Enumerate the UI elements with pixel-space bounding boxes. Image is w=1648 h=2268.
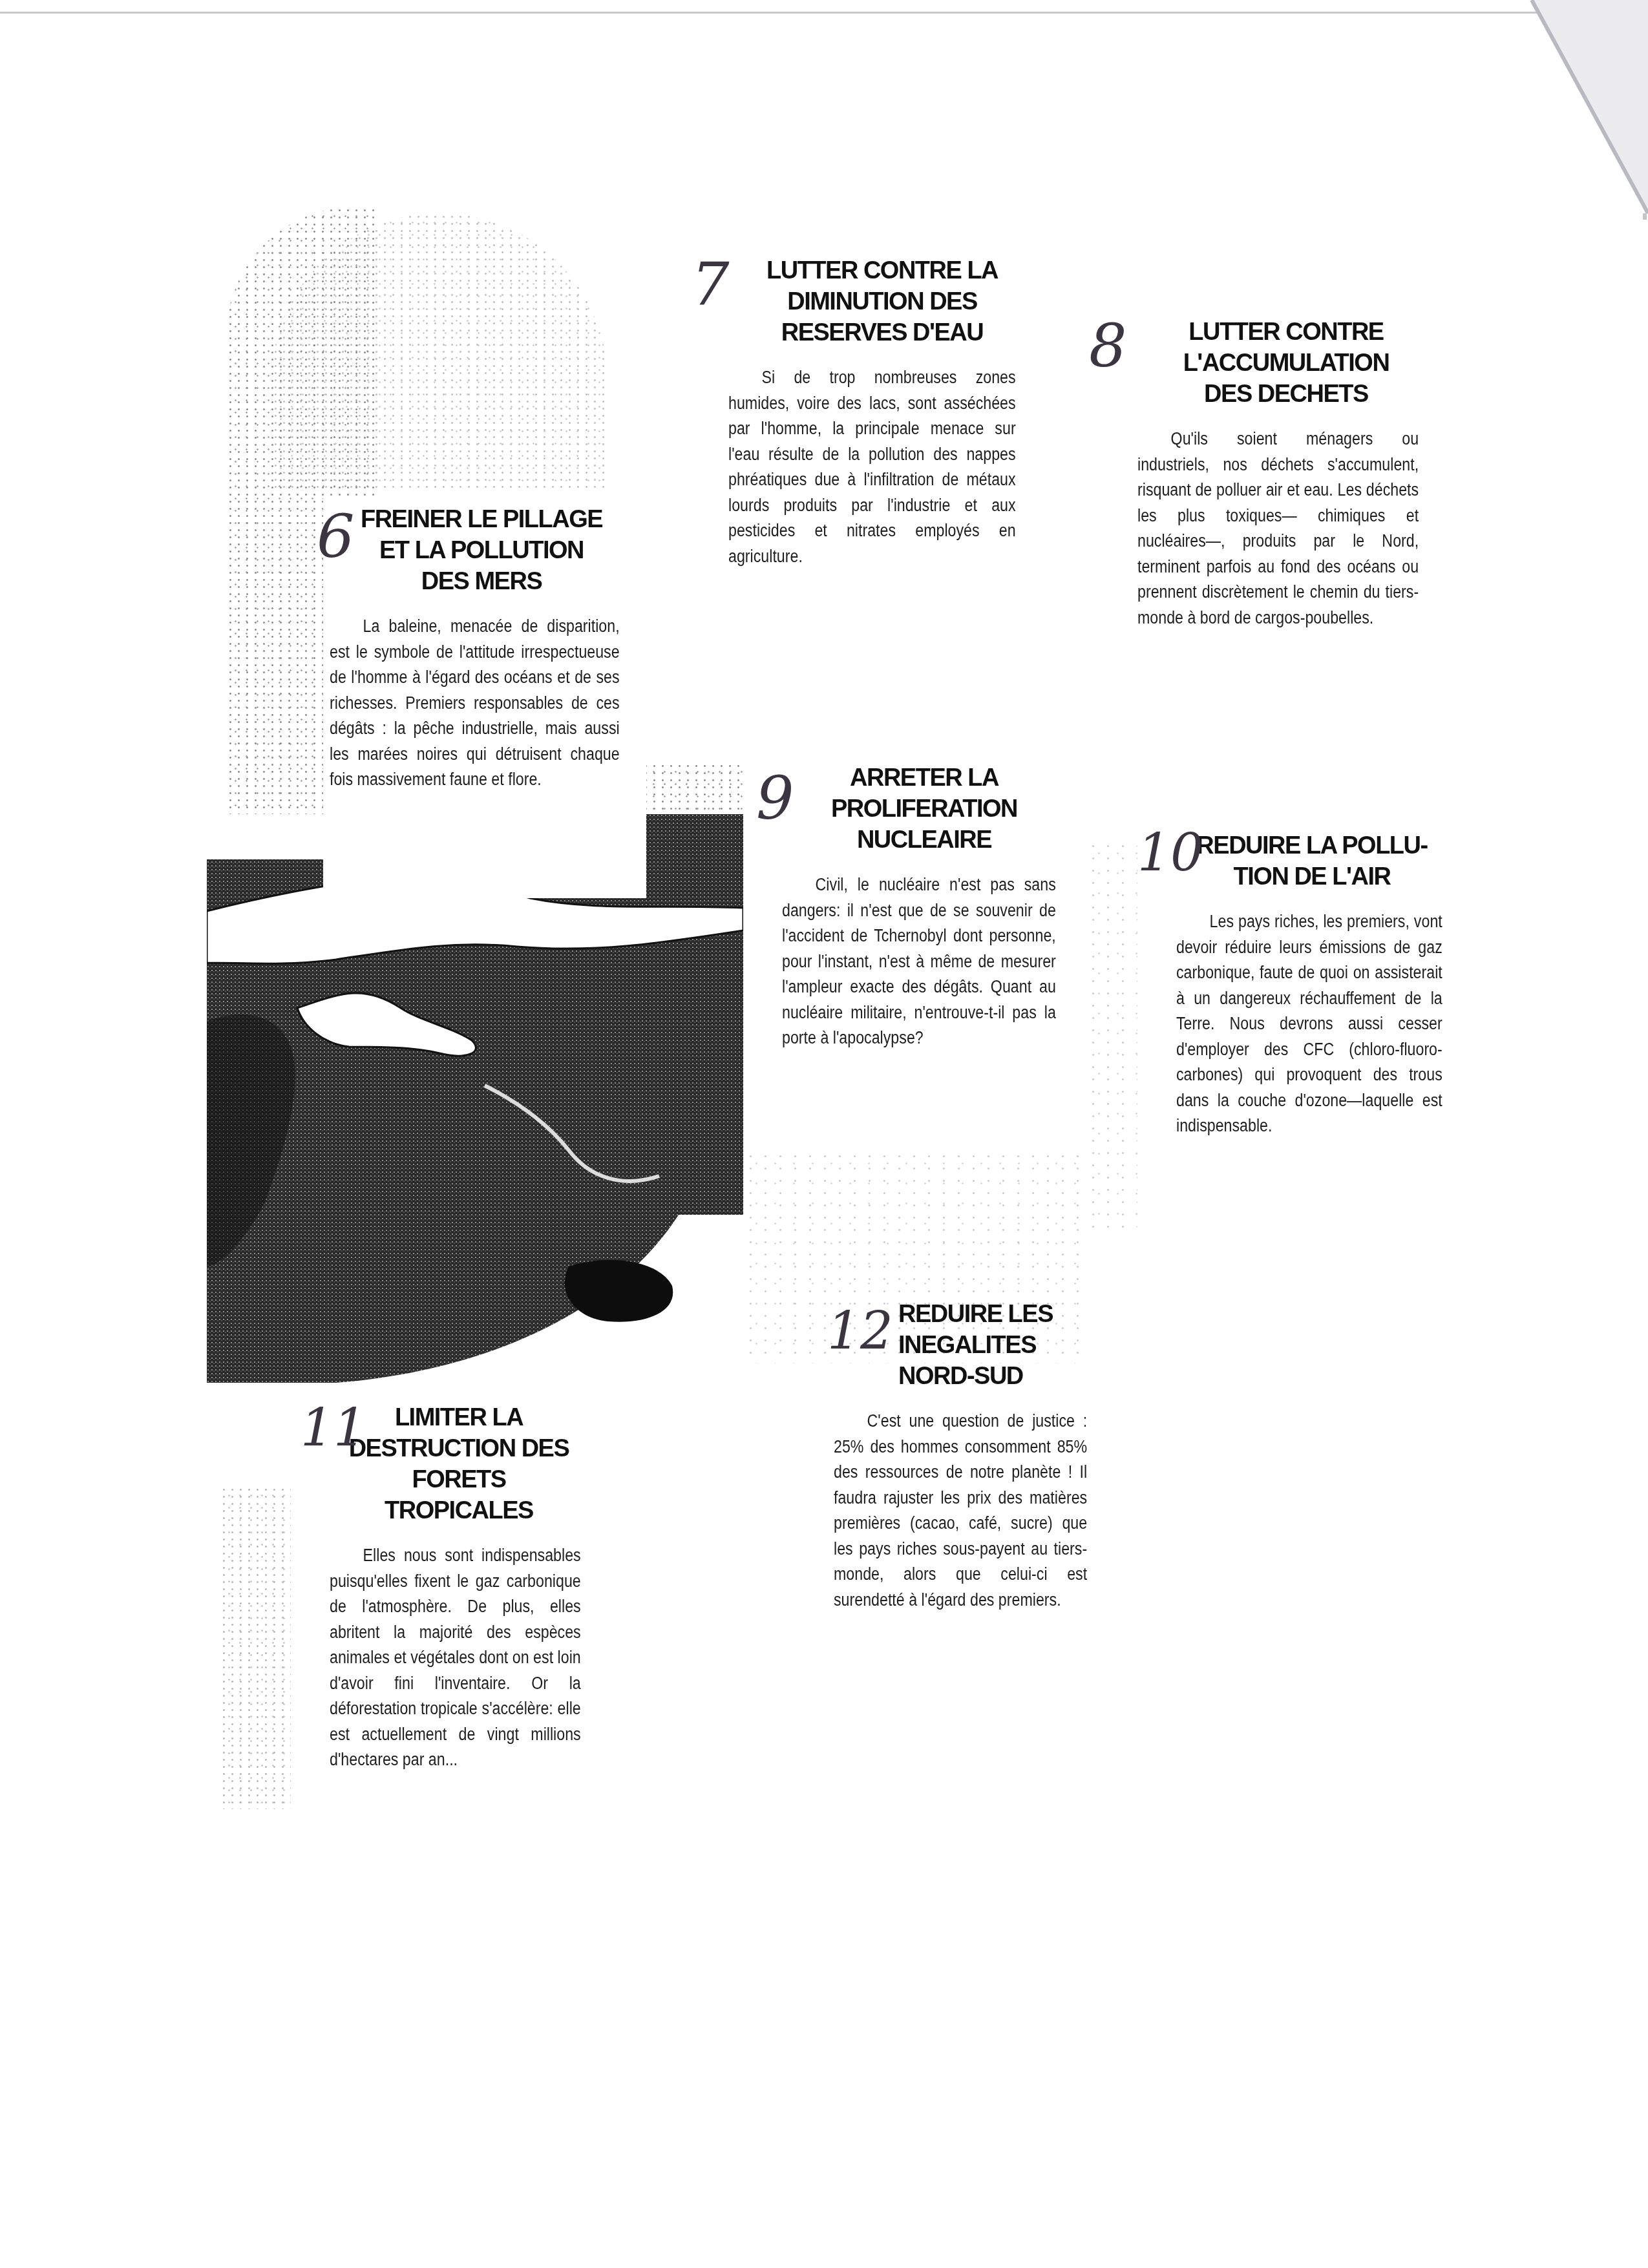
section-8-body: Qu'ils soient ménagers ou industriels, n…	[1137, 426, 1419, 631]
handwritten-number-11: 11	[301, 1402, 366, 1454]
section-6-title: FREINER LE PILLAGE ET LA POLLUTION DES M…	[330, 504, 633, 597]
section-6: 6 FREINER LE PILLAGE ET LA POLLUTION DES…	[330, 504, 633, 793]
scanner-edge	[0, 12, 1564, 14]
section-9: 9 ARRETER LA PROLIFERATION NUCLEAIRE Civ…	[782, 762, 1066, 1051]
section-6-body: La baleine, menacée de disparition, est …	[330, 614, 620, 793]
section-7-title: LUTTER CONTRE LA DIMINUTION DES RESERVES…	[730, 255, 1034, 348]
section-8-title: LUTTER CONTRE L'ACCUMULATION DES DECHETS	[1137, 317, 1435, 410]
section-9-body: Civil, le nucléaire n'est pas sans dange…	[782, 872, 1056, 1051]
world-map-halftone-icon	[207, 814, 743, 1383]
section-10: 10 REDUIRE LA POLLU- TION DE L'AIR Les p…	[1176, 830, 1448, 1139]
handwritten-number-12: 12	[827, 1305, 893, 1357]
section-9-title: ARRETER LA PROLIFERATION NUCLEAIRE	[782, 762, 1066, 856]
page-corner-fold-icon	[1519, 0, 1648, 220]
handwritten-number-6: 6	[317, 507, 355, 567]
section-12: 12 REDUIRE LES INEGALITES NORD-SUD C'est…	[847, 1299, 1092, 1613]
section-11-body: Elles nous sont indispensables puisqu'el…	[330, 1543, 581, 1773]
section-10-title: REDUIRE LA POLLU- TION DE L'AIR	[1176, 830, 1448, 892]
halftone-speckle-lower-left	[220, 1486, 291, 1809]
world-map-image	[207, 814, 743, 1383]
handwritten-number-9: 9	[756, 769, 794, 828]
section-7-body: Si de trop nombreuses zones humides, voi…	[728, 365, 1016, 569]
halftone-speckle-right	[1086, 840, 1137, 1228]
section-10-body: Les pays riches, les premiers, vont devo…	[1176, 909, 1442, 1139]
section-11: 11 LIMITER LA DESTRUCTION DES FORETS TRO…	[330, 1402, 588, 1773]
handwritten-number-10: 10	[1137, 827, 1203, 879]
handwritten-number-7: 7	[692, 255, 730, 315]
section-8: 8 LUTTER CONTRE L'ACCUMULATION DES DECHE…	[1137, 317, 1435, 631]
handwritten-number-8: 8	[1089, 317, 1127, 376]
section-7: 7 LUTTER CONTRE LA DIMINUTION DES RESERV…	[730, 255, 1034, 569]
section-12-body: C'est une question de justice : 25% des …	[834, 1409, 1087, 1613]
section-11-title: LIMITER LA DESTRUCTION DES FORETS TROPIC…	[330, 1402, 588, 1526]
